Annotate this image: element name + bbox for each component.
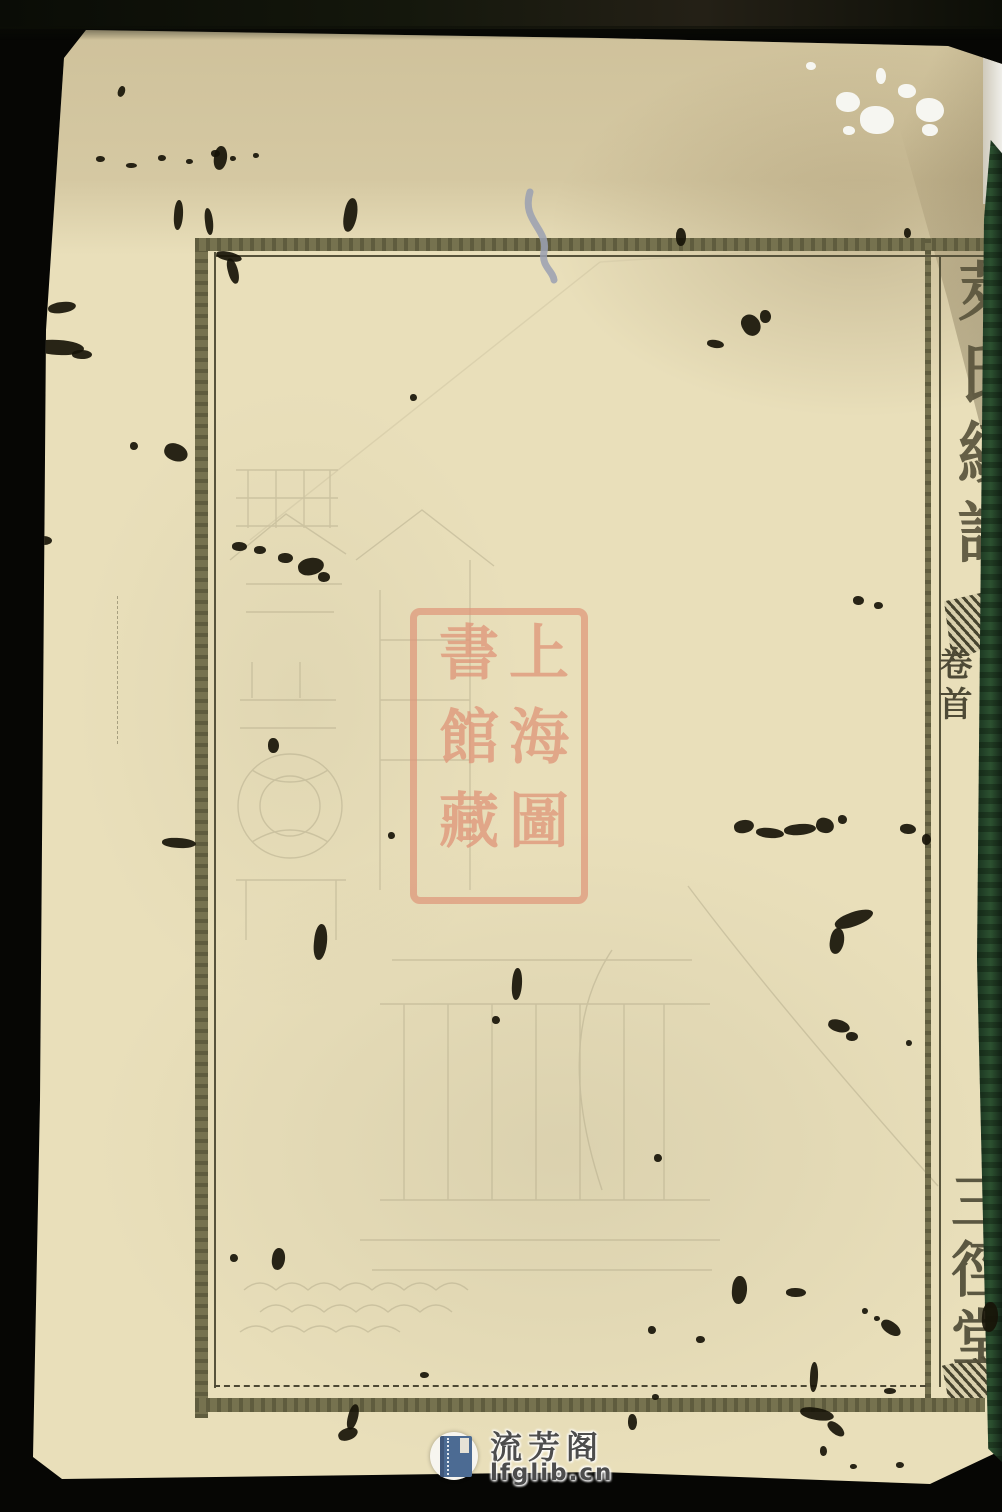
ink-stain [820, 1446, 827, 1456]
ink-stain [838, 815, 847, 824]
ink-stain [904, 228, 911, 238]
ink-stain [696, 1336, 705, 1343]
damage-speck [898, 84, 916, 98]
ink-stain [874, 1316, 880, 1321]
ink-stain [130, 442, 138, 450]
ink-stain [96, 156, 105, 162]
damage-speck [836, 92, 860, 112]
ink-stain [254, 546, 266, 554]
watermark: 流芳阁 lfglib.cn [424, 1416, 704, 1508]
ink-stain [230, 1254, 238, 1262]
ink-stain [158, 155, 166, 161]
ink-stain [850, 1464, 857, 1469]
ink-stain [906, 1040, 912, 1046]
damage-speck [860, 106, 894, 134]
ink-stain [420, 1372, 429, 1378]
scratch-mark [0, 0, 1002, 1512]
watermark-circle [430, 1432, 478, 1480]
damage-speck [806, 62, 816, 70]
ink-stain [410, 394, 417, 401]
paper-sheet: 萊氏續譜 卷首 三徑堂 上海圖 書館藏 [0, 0, 1002, 1512]
ink-stain [268, 738, 279, 753]
top-scan-band-edge [0, 26, 1002, 40]
ink-stain [896, 1462, 904, 1468]
book-stitch-lines [447, 1438, 449, 1475]
book-title-label [460, 1438, 469, 1453]
ink-stain [786, 1288, 806, 1297]
damage-speck [916, 98, 944, 122]
ink-stain [652, 1394, 659, 1400]
ink-stain [126, 163, 137, 168]
ink-stain [853, 596, 864, 605]
damage-speck [843, 126, 855, 135]
ink-stain [648, 1326, 656, 1334]
ink-stain [388, 832, 395, 839]
ink-stain [874, 602, 883, 609]
ink-stain [72, 350, 92, 359]
ink-stain [318, 572, 330, 582]
ink-stain [922, 834, 931, 845]
scanned-genealogy-page: 萊氏續譜 卷首 三徑堂 上海圖 書館藏 [0, 0, 1002, 1512]
ink-stain [230, 156, 236, 161]
damage-speck [876, 68, 886, 84]
ink-stain [760, 310, 771, 323]
site-url: lfglib.cn [490, 1460, 613, 1486]
ink-stain [278, 553, 293, 563]
ink-stain [492, 1016, 500, 1024]
ink-stain [186, 159, 193, 164]
ink-stain [846, 1032, 858, 1041]
thread-bound-book-icon [440, 1436, 472, 1477]
ink-stain [36, 536, 52, 545]
ink-stain [654, 1154, 662, 1162]
damage-speck [922, 124, 938, 136]
ink-stain [862, 1308, 868, 1314]
ink-stain [676, 228, 686, 246]
top-scan-band [0, 0, 1002, 29]
ink-stain [253, 153, 259, 158]
ink-stain [884, 1388, 896, 1394]
ink-stain [232, 542, 247, 551]
